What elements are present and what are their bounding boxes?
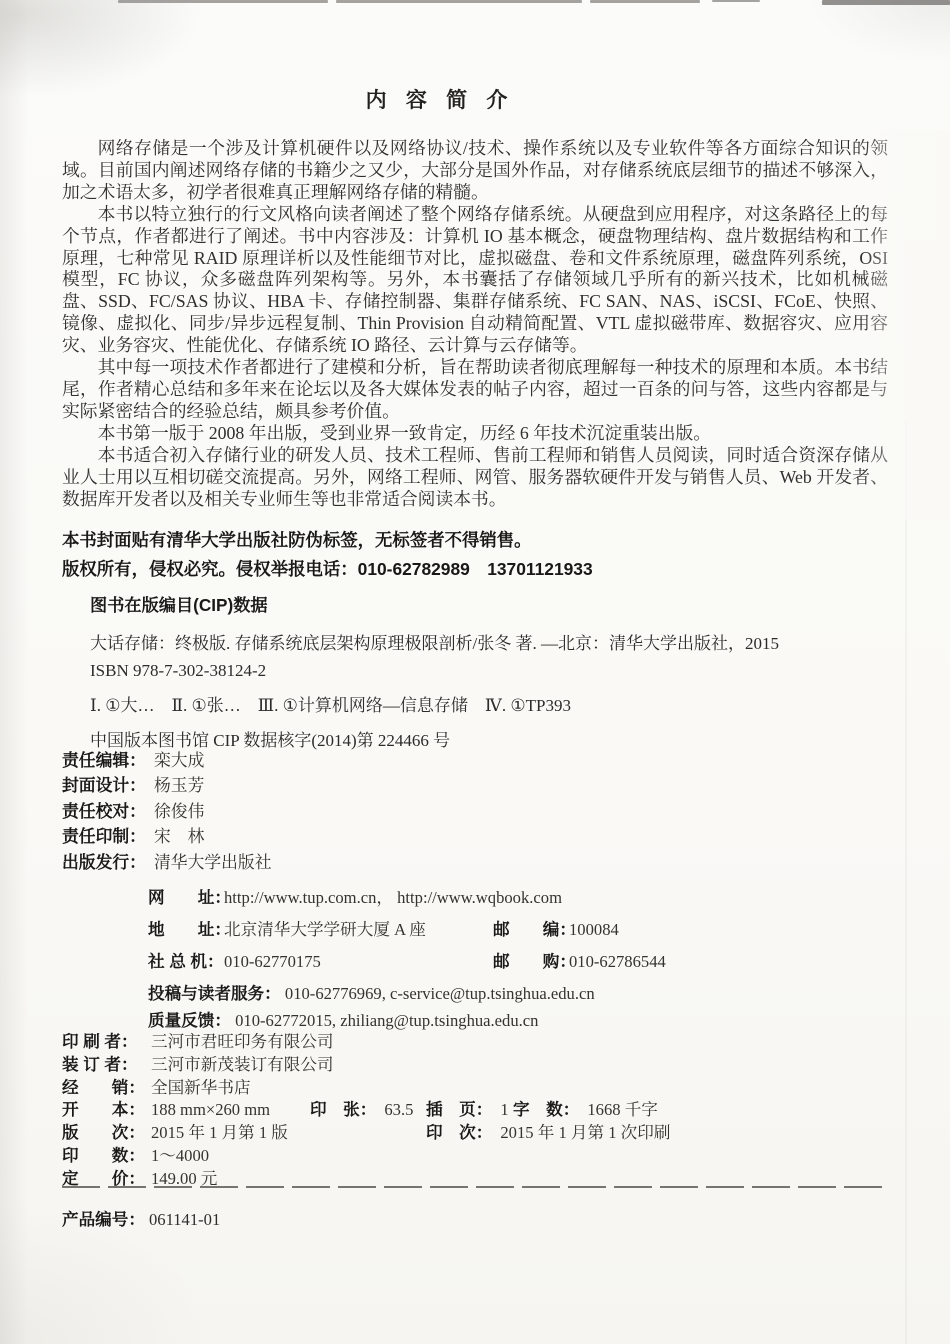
binder-row: 装 订 者：三河市新茂装订有限公司 xyxy=(62,1051,334,1075)
wordcount-segment: 字 数：1668 千字 xyxy=(513,1096,658,1120)
staff-credits: 责任编辑：栾大成 封面设计：杨玉芳 责任校对：徐俊伟 责任印制：宋 林 xyxy=(62,748,204,850)
printrun-label: 印 数： xyxy=(62,1142,151,1166)
book-copyright-page: { "title": "内 容 简 介", "intro": { "paragr… xyxy=(0,0,950,1344)
credit-row: 责任校对：徐俊伟 xyxy=(62,799,204,824)
address-label: 地 址： xyxy=(148,916,224,940)
scan-artifact xyxy=(822,0,950,5)
cip-title-line: 大话存储：终极版. 存储系统底层架构原理极限剖析/张冬 著. —北京：清华大学出… xyxy=(90,630,779,657)
sheets-label: 印 张： xyxy=(310,1100,376,1119)
cip-classification: Ⅰ. ①大… Ⅱ. ①张… Ⅲ. ①计算机网络—信息存储 Ⅳ. ①TP393 xyxy=(90,692,779,719)
binder-label: 装 订 者： xyxy=(62,1051,151,1075)
cip-block: 图书在版编目(CIP)数据 大话存储：终极版. 存储系统底层架构原理极限剖析/张… xyxy=(90,591,779,754)
format-segment: 开 本：188 mm×260 mm xyxy=(62,1096,270,1120)
product-number-row: 产品编号：061141-01 xyxy=(62,1206,220,1230)
credit-label: 责任编辑： xyxy=(62,748,154,773)
scan-artifact xyxy=(336,0,582,3)
address-value: 北京清华大学学研大厦 A 座 xyxy=(224,920,426,939)
credit-row: 责任编辑：栾大成 xyxy=(62,748,204,773)
switchboard-value: 010-62770175 xyxy=(224,952,321,971)
cip-isbn: ISBN 978-7-302-38124-2 xyxy=(90,657,779,684)
printrun-value: 1～4000 xyxy=(151,1146,209,1165)
zip-row: 邮 编：100084 xyxy=(493,916,619,940)
reader-service-label: 投稿与读者服务： xyxy=(148,980,281,1004)
distributor-value: 全国新华书店 xyxy=(151,1078,251,1097)
scan-artifact xyxy=(590,0,700,3)
impression-segment: 印 次：2015 年 1 月第 1 次印刷 xyxy=(426,1119,670,1143)
intro-paragraph: 本书适合初入存储行业的研发人员、技术工程师、售前工程师和销售人员阅读，同时适合资… xyxy=(62,445,888,511)
website-row: 网 址：http://www.tup.com.cn， http://www.wq… xyxy=(148,884,562,908)
credit-value: 徐俊伟 xyxy=(154,802,204,821)
intro-paragraph: 网络存储是一个涉及计算机硬件以及网络协议/技术、操作系统以及专业软件等各方面综合… xyxy=(62,138,888,204)
publisher-name: 清华大学出版社 xyxy=(154,853,271,872)
copyright-notice: 本书封面贴有清华大学出版社防伪标签，无标签者不得销售。 版权所有，侵权必究。侵权… xyxy=(62,526,593,584)
publisher-label: 出版发行： xyxy=(62,849,154,873)
mailorder-label: 邮 购： xyxy=(493,948,569,972)
edition-row: 版 次：2015 年 1 月第 1 版 印 次：2015 年 1 月第 1 次印… xyxy=(62,1119,890,1142)
mailorder-value: 010-62786544 xyxy=(569,952,666,971)
edition-segment: 版 次：2015 年 1 月第 1 版 xyxy=(62,1119,288,1143)
edition-value: 2015 年 1 月第 1 版 xyxy=(151,1123,288,1142)
address-row: 地 址：北京清华大学学研大厦 A 座 xyxy=(148,916,426,940)
intro-paragraph: 本书第一版于 2008 年出版，受到业界一致肯定，历经 6 年技术沉淀重装出版。 xyxy=(62,423,888,445)
credit-value: 宋 林 xyxy=(154,827,204,846)
scan-artifact xyxy=(118,0,328,3)
scan-artifact xyxy=(712,0,760,2)
page-title: 内 容 简 介 xyxy=(0,84,880,114)
binder-value: 三河市新茂装订有限公司 xyxy=(151,1055,334,1074)
edition-label: 版 次： xyxy=(62,1119,151,1143)
printer-row: 印 刷 者：三河市君旺印务有限公司 xyxy=(62,1028,334,1052)
credit-row: 封面设计：杨玉芳 xyxy=(62,773,204,798)
reader-service-row: 投稿与读者服务： 010-62776969, c-service@tup.tsi… xyxy=(148,980,595,1004)
product-number-value: 061141-01 xyxy=(149,1210,220,1229)
switchboard-label: 社 总 机： xyxy=(148,948,224,972)
introduction-section: 网络存储是一个涉及计算机硬件以及网络协议/技术、操作系统以及专业软件等各方面综合… xyxy=(62,138,888,510)
printer-value: 三河市君旺印务有限公司 xyxy=(151,1032,334,1051)
wordcount-label: 字 数： xyxy=(513,1100,579,1119)
credit-label: 责任印制： xyxy=(62,824,154,849)
anti-counterfeit-line: 本书封面贴有清华大学出版社防伪标签，无标签者不得销售。 xyxy=(62,526,593,555)
distributor-row: 经 销：全国新华书店 xyxy=(62,1074,251,1098)
zip-value: 100084 xyxy=(569,920,619,939)
copyright-hotline-line: 版权所有，侵权必究。侵权举报电话：010-62782989 1370112193… xyxy=(62,555,593,584)
inserts-label: 插 页： xyxy=(426,1100,492,1119)
credit-value: 杨玉芳 xyxy=(154,776,204,795)
distributor-label: 经 销： xyxy=(62,1074,151,1098)
sheets-segment: 印 张：63.5 xyxy=(310,1096,413,1120)
product-number-label: 产品编号： xyxy=(62,1210,145,1229)
credit-label: 责任校对： xyxy=(62,799,154,824)
credit-label: 封面设计： xyxy=(62,773,154,798)
impression-value: 2015 年 1 月第 1 次印刷 xyxy=(500,1123,670,1142)
credit-row: 责任印制：宋 林 xyxy=(62,824,204,849)
printrun-row: 印 数：1～4000 xyxy=(62,1142,209,1166)
zip-label: 邮 编： xyxy=(493,916,569,940)
inserts-value: 1 xyxy=(500,1100,508,1119)
publisher-row: 出版发行：清华大学出版社 xyxy=(62,849,271,873)
format-value: 188 mm×260 mm xyxy=(151,1100,270,1119)
intro-paragraph: 本书以特立独行的行文风格向读者阐述了整个网络存储系统。从硬盘到应用程序，对这条路… xyxy=(62,204,888,357)
cip-heading: 图书在版编目(CIP)数据 xyxy=(90,591,779,616)
website-label: 网 址： xyxy=(148,884,224,908)
format-label: 开 本： xyxy=(62,1096,151,1120)
credit-value: 栾大成 xyxy=(154,751,204,770)
reader-service-value: 010-62776969, c-service@tup.tsinghua.edu… xyxy=(285,984,595,1003)
sheets-value: 63.5 xyxy=(384,1100,413,1119)
wordcount-value: 1668 千字 xyxy=(587,1100,658,1119)
printer-label: 印 刷 者： xyxy=(62,1028,151,1052)
inserts-segment: 插 页：1 xyxy=(426,1096,509,1120)
format-row: 开 本：188 mm×260 mm 印 张：63.5 插 页：1 字 数：166… xyxy=(62,1096,890,1119)
website-value: http://www.tup.com.cn， http://www.wqbook… xyxy=(224,888,562,907)
page-fold-line xyxy=(905,420,907,1344)
intro-paragraph: 其中每一项技术作者都进行了建模和分析，旨在帮助读者彻底理解每一种技术的原理和本质… xyxy=(62,357,888,423)
dashed-separator xyxy=(62,1186,890,1188)
mailorder-row: 邮 购：010-62786544 xyxy=(493,948,666,972)
switchboard-row: 社 总 机：010-62770175 xyxy=(148,948,321,972)
impression-label: 印 次： xyxy=(426,1123,492,1142)
